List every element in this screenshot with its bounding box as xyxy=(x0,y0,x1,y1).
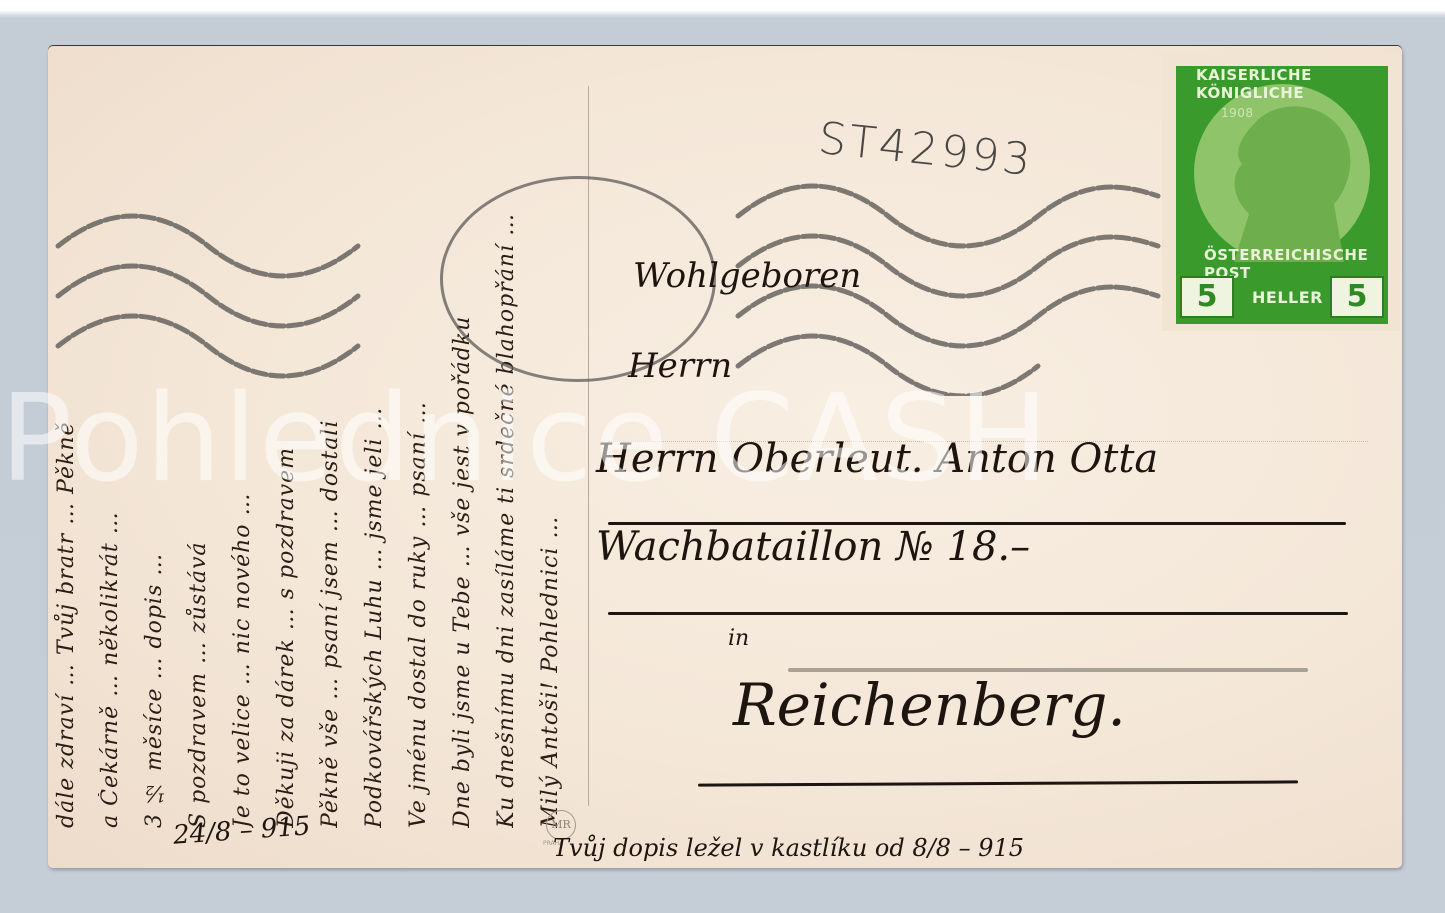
stamp-value-left: 5 xyxy=(1180,276,1234,318)
postage-stamp: KAISERLICHE KÖNIGLICHE 1908 ÖSTERREICHIS… xyxy=(1162,53,1400,331)
cancellation-waves xyxy=(48,156,1178,396)
address-salutation: Wohlgeboren xyxy=(633,256,861,296)
stamp-year: 1908 xyxy=(1221,106,1254,120)
stamp-denomination: HELLER xyxy=(1252,288,1323,307)
city-underline xyxy=(698,780,1298,786)
postcard: dále zdraví … Tvůj bratr … Pěkně a Čekár… xyxy=(48,46,1402,868)
stamp-top-text: KAISERLICHE KÖNIGLICHE xyxy=(1196,66,1388,102)
address-in: in xyxy=(728,626,749,651)
stamp-value-right: 5 xyxy=(1330,276,1384,318)
address-line-3: Wachbataillon № 18.– xyxy=(596,524,1030,570)
address-underline xyxy=(608,612,1348,615)
stamp-frame: KAISERLICHE KÖNIGLICHE 1908 ÖSTERREICHIS… xyxy=(1176,66,1388,324)
footer-note: Tvůj dopis ležel v kastlíku od 8/8 – 915 xyxy=(553,834,1024,862)
address-line-2: Herrn Oberleut. Anton Otta xyxy=(596,436,1158,482)
address-city: Reichenberg. xyxy=(733,671,1126,739)
address-line-1: Herrn xyxy=(628,346,732,386)
